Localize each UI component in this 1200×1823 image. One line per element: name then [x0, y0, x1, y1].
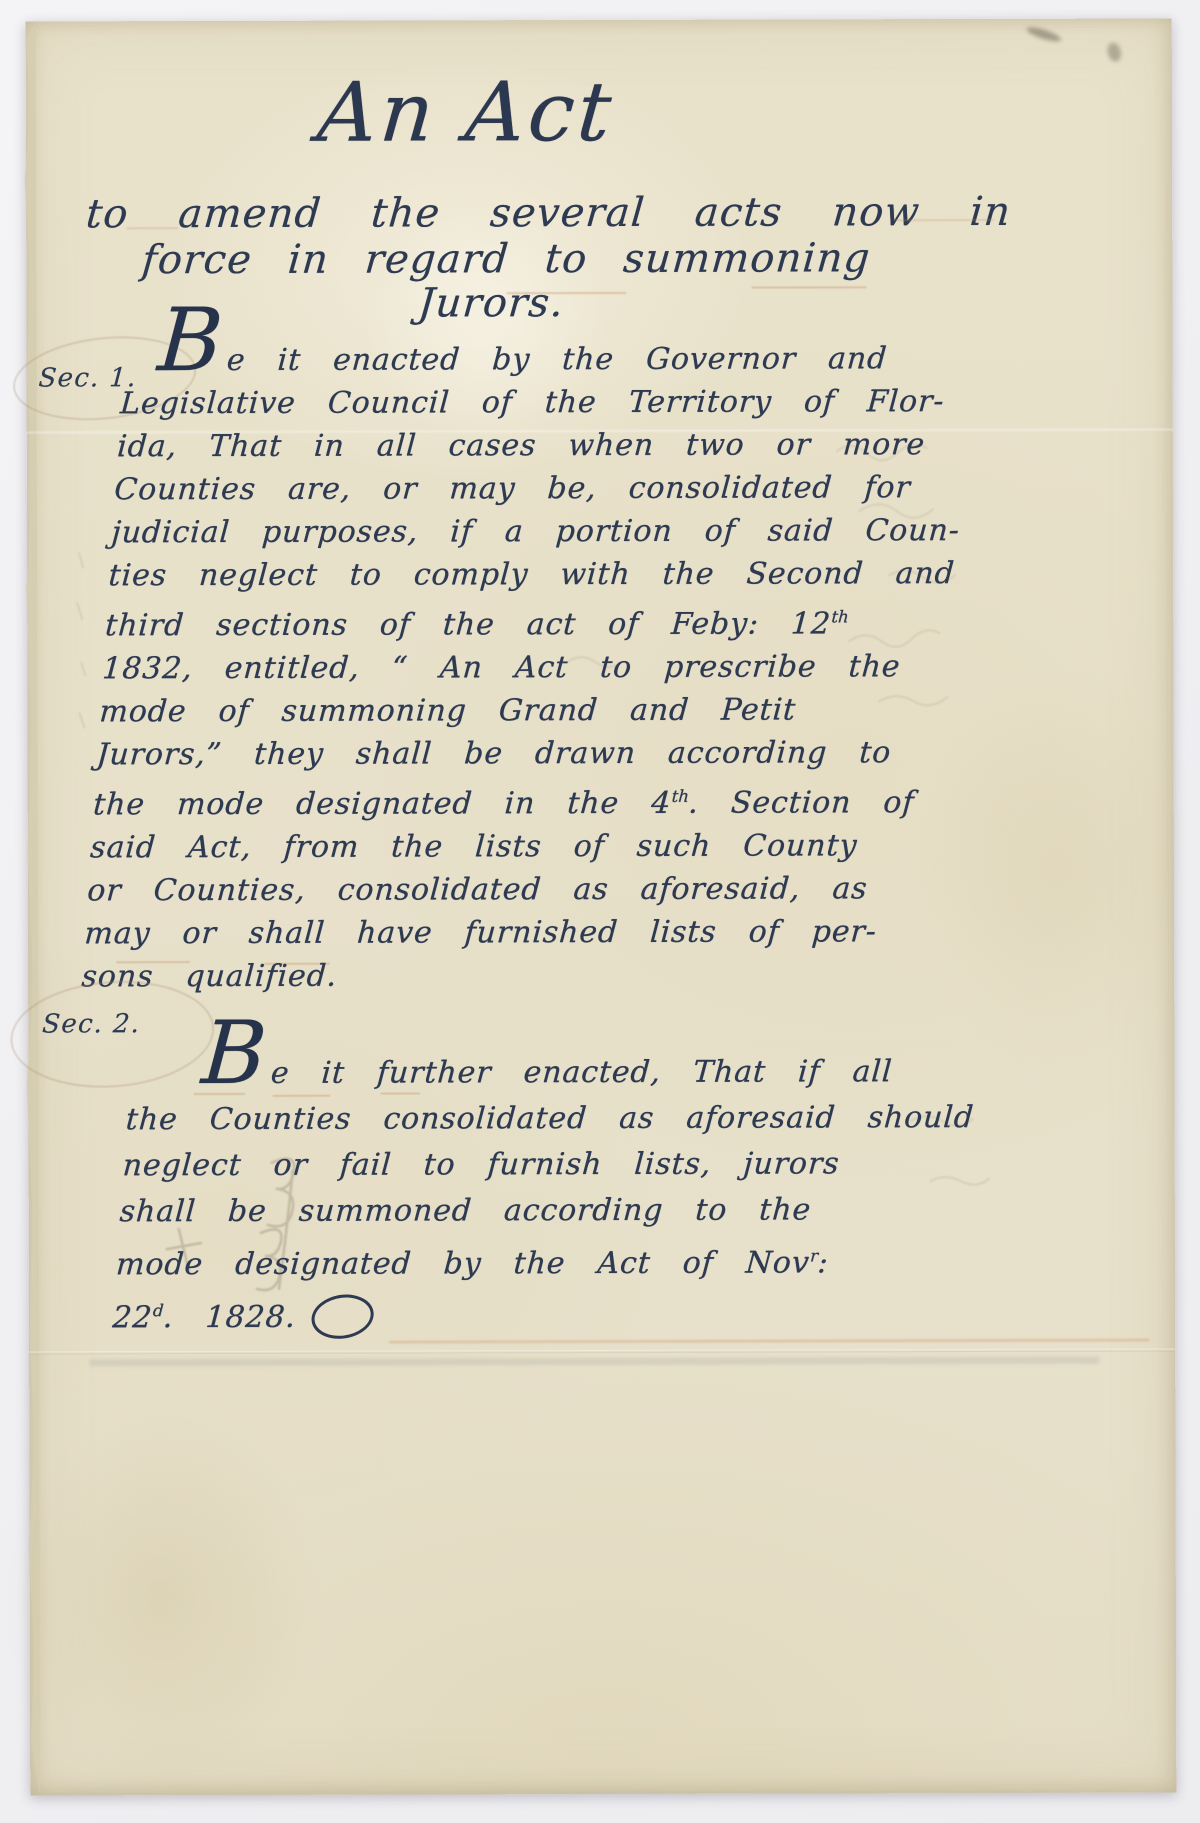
manuscript-line: Be it further enacted, That if all — [127, 1049, 1040, 1097]
faded-underline-mark — [126, 227, 178, 229]
manuscript-line: neglect or fail to furnish lists, jurors — [121, 1141, 1034, 1189]
act-subtitle-line: to amend the several acts now in — [84, 189, 988, 237]
section-1-body: Be it enacted by the Governor andLegisla… — [80, 337, 1054, 999]
manuscript-line: 22d. 1828. — [111, 1286, 1025, 1341]
faded-underline-mark — [751, 286, 866, 288]
manuscript-line: ties neglect to comply with the Second a… — [107, 552, 1040, 597]
manuscript-line: Jurors,” they shall be drawn according t… — [95, 731, 1028, 776]
faded-underline-mark — [894, 219, 994, 221]
act-title: An Act — [202, 70, 729, 157]
manuscript-line: the Counties consolidated as aforesaid s… — [124, 1095, 1037, 1143]
manuscript-line: Counties are, or may be, consolidated fo… — [113, 466, 1046, 511]
bleed-smear — [89, 1357, 1099, 1367]
faded-underline-mark — [506, 292, 626, 294]
manuscript-line: may or shall have furnished lists of per… — [83, 910, 1016, 955]
manuscript-line: said Act, from the lists of such County — [89, 824, 1022, 869]
ink-smudge-mark — [1025, 25, 1062, 45]
manuscript-line: the mode designated in the 4th. Section … — [92, 774, 1025, 826]
manuscript-line: or Counties, consolidated as aforesaid, … — [86, 867, 1019, 912]
manuscript-line: mode of summoning Grand and Petit — [98, 688, 1031, 733]
paper-stain — [0, 1401, 320, 1792]
fold-crease-line — [29, 1348, 1175, 1354]
title-block: An Act to amend the several acts now in … — [26, 19, 1172, 22]
ink-smudge-mark — [1106, 41, 1123, 63]
manuscript-line: judicial purposes, if a portion of said … — [110, 509, 1043, 554]
manuscript-line: sons qualified. — [80, 953, 1013, 998]
manuscript-line: 1832, entitled, “ An Act to prescribe th… — [101, 645, 1034, 690]
manuscript-line: ida, That in all cases when two or more — [116, 423, 1049, 468]
act-subtitle-line: force in regard to summoning — [134, 235, 878, 283]
section-2-label: Sec. 2. — [41, 1009, 141, 1039]
manuscript-line: third sections of the act of Feby: 12th — [104, 595, 1037, 647]
scan-background: An Act to amend the several acts now in … — [0, 0, 1200, 1823]
manuscript-line: Legislative Council of the Territory of … — [119, 380, 1052, 425]
manuscript-line: Be it enacted by the Governor and — [122, 337, 1055, 382]
manuscript-line: mode designated by the Act of Novr: — [115, 1233, 1029, 1288]
ink-flourish-oval — [311, 1291, 375, 1341]
manuscript-page: An Act to amend the several acts now in … — [26, 19, 1177, 1796]
deckled-left-edge — [23, 21, 41, 1795]
act-subtitle-line: Jurors. — [354, 280, 628, 327]
section-2-body: Be it further enacted, That if allthe Co… — [111, 1049, 1041, 1341]
manuscript-line: shall be summoned according to the — [118, 1187, 1031, 1235]
